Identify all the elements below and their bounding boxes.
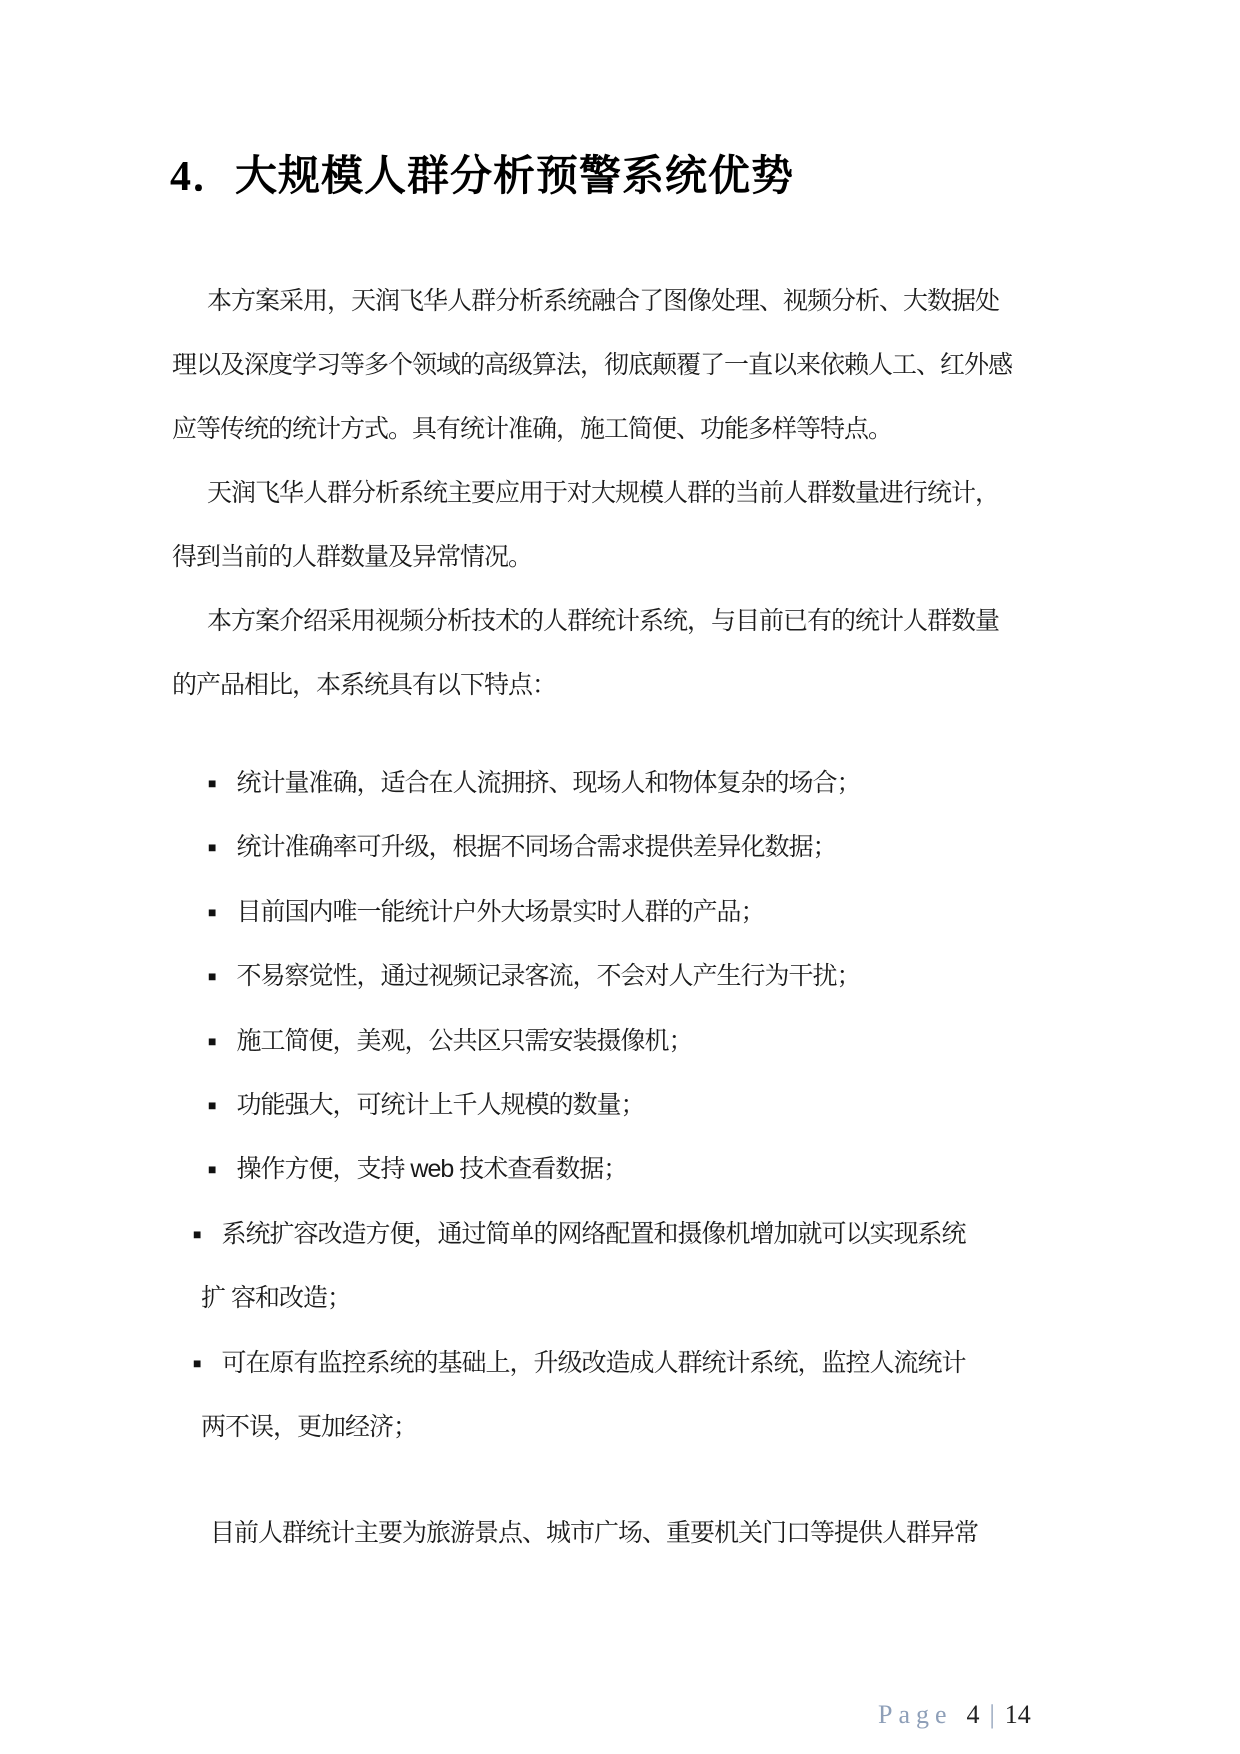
bullet-square-icon: ■ <box>193 1346 200 1380</box>
list-item-text: 功能强大，可统计上千人规模的数量； <box>236 1091 644 1119</box>
list-item-continuation: 扩 容和改造； <box>201 1281 351 1315</box>
footer-total-pages: 14 <box>1005 1700 1031 1729</box>
bullet-square-icon: ■ <box>208 766 215 800</box>
list-item: ■统计量准确，适合在人流拥挤、现场人和物体复杂的场合； <box>208 766 860 800</box>
list-item-text: 可在原有监控系统的基础上，升级改造成人群统计系统，监控人流统计 <box>221 1349 965 1377</box>
paragraph3-line1: 本方案介绍采用视频分析技术的人群统计系统，与目前已有的统计人群数量 <box>207 604 999 638</box>
footer-separator: | <box>990 1700 995 1729</box>
list-item: ■目前国内唯一能统计户外大场景实时人群的产品； <box>208 895 764 929</box>
paragraph2-line1: 天润飞华人群分析系统主要应用于对大规模人群的当前人群数量进行统计， <box>207 476 999 510</box>
footer-page-label: Page <box>878 1700 953 1729</box>
list-item-text: 施工简便，美观，公共区只需安装摄像机； <box>236 1027 692 1055</box>
list-item: ■系统扩容改造方便，通过简单的网络配置和摄像机增加就可以实现系统 <box>193 1217 965 1251</box>
list-item-text: 不易察觉性，通过视频记录客流，不会对人产生行为干扰； <box>236 962 860 990</box>
list-item: ■施工简便，美观，公共区只需安装摄像机； <box>208 1024 692 1058</box>
footer-current-page: 4 <box>967 1700 980 1729</box>
bullet-square-icon: ■ <box>208 1152 215 1186</box>
bullet-square-icon: ■ <box>193 1217 200 1251</box>
list-item: ■不易察觉性，通过视频记录客流，不会对人产生行为干扰； <box>208 959 860 993</box>
list-item-text: 统计量准确，适合在人流拥挤、现场人和物体复杂的场合； <box>236 769 860 797</box>
bullet-square-icon: ■ <box>208 959 215 993</box>
paragraph3-line2: 的产品相比，本系统具有以下特点： <box>172 668 556 702</box>
page-footer: Page4|14 <box>878 1700 1031 1730</box>
document-page: 4．大规模人群分析预警系统优势 本方案采用，天润飞华人群分析系统融合了图像处理、… <box>0 0 1240 1754</box>
list-item: ■统计准确率可升级，根据不同场合需求提供差异化数据； <box>208 830 836 864</box>
list-item: ■功能强大，可统计上千人规模的数量； <box>208 1088 644 1122</box>
list-item-text: 系统扩容改造方便，通过简单的网络配置和摄像机增加就可以实现系统 <box>221 1220 965 1248</box>
bullet-square-icon: ■ <box>208 1088 215 1122</box>
paragraph1-line1: 本方案采用，天润飞华人群分析系统融合了图像处理、视频分析、大数据处 <box>207 284 999 318</box>
closing-paragraph: 目前人群统计主要为旅游景点、城市广场、重要机关门口等提供人群异常 <box>210 1516 978 1550</box>
paragraph2-line2: 得到当前的人群数量及异常情况。 <box>172 540 532 574</box>
list-item-text: 目前国内唯一能统计户外大场景实时人群的产品； <box>236 898 764 926</box>
list-item-text: 统计准确率可升级，根据不同场合需求提供差异化数据； <box>236 833 836 861</box>
paragraph1-line3: 应等传统的统计方式。具有统计准确，施工简便、功能多样等特点。 <box>172 412 892 446</box>
bullet-square-icon: ■ <box>208 1024 215 1058</box>
list-item: ■可在原有监控系统的基础上，升级改造成人群统计系统，监控人流统计 <box>193 1346 965 1380</box>
list-item-text: 操作方便，支持 web 技术查看数据； <box>236 1155 627 1183</box>
paragraph1-line2: 理以及深度学习等多个领域的高级算法，彻底颠覆了一直以来依赖人工、红外感 <box>172 348 1012 382</box>
bullet-square-icon: ■ <box>208 830 215 864</box>
list-item-continuation: 两不误，更加经济； <box>201 1410 417 1444</box>
bullet-square-icon: ■ <box>208 895 215 929</box>
list-item: ■操作方便，支持 web 技术查看数据； <box>208 1152 627 1186</box>
section-heading: 4．大规模人群分析预警系统优势 <box>170 146 794 208</box>
